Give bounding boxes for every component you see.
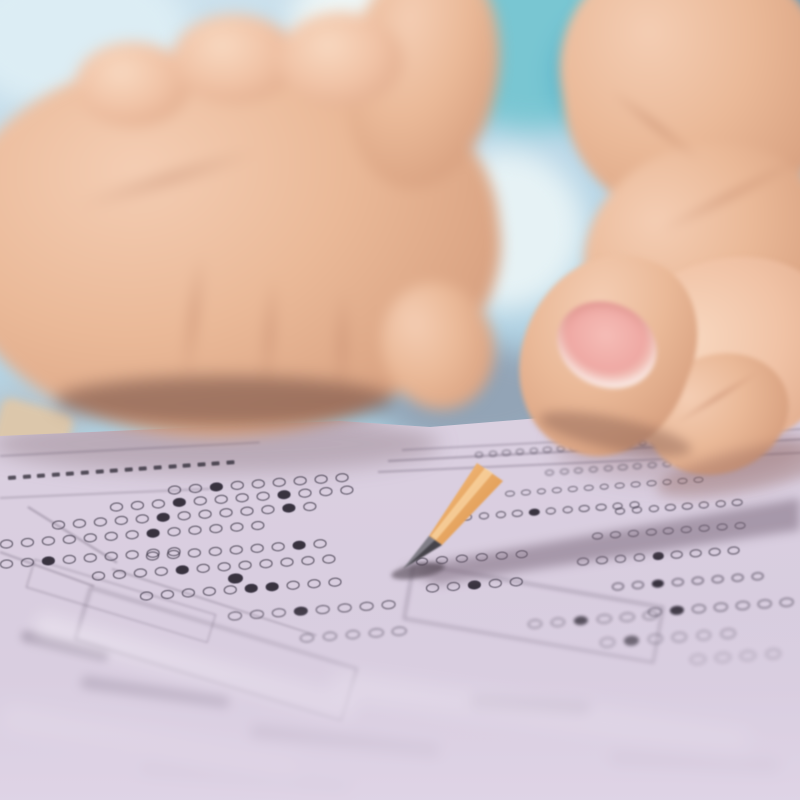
photo-scene <box>0 0 800 800</box>
right-hand-front <box>0 0 800 800</box>
